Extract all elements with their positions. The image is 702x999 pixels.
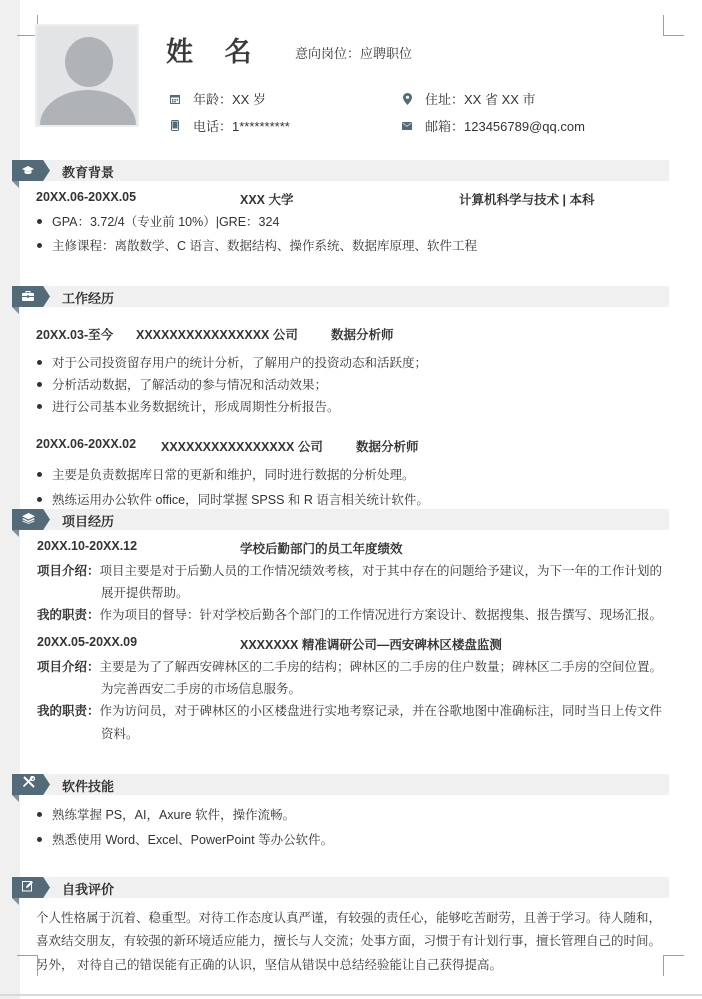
- phone-icon: [169, 120, 181, 132]
- project-period: 20XX.10-20XX.12: [37, 539, 137, 553]
- age-field: 年龄：XX 岁: [169, 89, 266, 108]
- location-icon: [401, 93, 413, 105]
- edit-icon: [22, 879, 34, 897]
- calendar-icon: [169, 93, 181, 105]
- self-evaluation-line: 喜欢结交朋友，有较强的新环境适应能力，擅长与人交流；处事方面，习惯于有计划行事，…: [36, 931, 661, 949]
- education-bullet: 主修课程：离散数学、C 语言、数据结构、操作系统、数据库原理、软件工程: [52, 236, 477, 254]
- section-tag: [12, 774, 50, 795]
- project-duty-label: 我的职责：: [37, 608, 100, 622]
- section-header-skills: 软件技能: [12, 774, 669, 795]
- project-name: XXXXXXX 精准调研公司—西安碑林区楼盘监测: [240, 635, 502, 653]
- project-duty-text: 作为项目的督导：针对学校后勤各个部门的工作情况进行方案设计、数据搜集、报告撰写、…: [100, 608, 663, 622]
- project-intro-label: 项目介绍：: [37, 564, 100, 578]
- section-fold: [12, 898, 19, 905]
- project-duty-continued: 资料。: [101, 724, 139, 742]
- education-bullet: GPA：3.72/4（专业前 10%）|GRE：324: [52, 212, 279, 230]
- job-company: XXXXXXXXXXXXXXXX 公司: [161, 437, 323, 455]
- crop-mark-bottom-left: [17, 955, 38, 976]
- skill-bullet: 熟练掌握 PS，AI，Axure 软件，操作流畅。: [52, 805, 295, 823]
- job-bullet: 熟练运用办公软件 office，同时掌握 SPSS 和 R 语言相关统计软件。: [52, 490, 429, 508]
- skill-bullet: 熟悉使用 Word、Excel、PowerPoint 等办公软件。: [52, 830, 333, 848]
- section-header-self-evaluation: 自我评价: [12, 877, 669, 898]
- section-title: 工作经历: [62, 288, 114, 307]
- section-tag: [12, 286, 50, 307]
- section-title: 教育背景: [62, 162, 114, 181]
- job-role: 数据分析师: [331, 325, 394, 343]
- project-period: 20XX.05-20XX.09: [37, 635, 137, 649]
- project-duty-label: 我的职责：: [37, 704, 100, 718]
- section-header-education: 教育背景: [12, 160, 669, 181]
- job-bullet: 分析活动数据，了解活动的参与情况和活动效果；: [52, 375, 327, 393]
- section-fold: [12, 181, 19, 188]
- education-school: XXX 大学: [240, 190, 294, 208]
- self-evaluation-line: 个人性格属于沉着、稳重型。对待工作态度认真严谨，有较强的责任心，能够吃苦耐劳，且…: [36, 908, 661, 926]
- intended-position: 意向岗位：应聘职位: [295, 43, 412, 62]
- address-field: 住址：XX 省 XX 市: [401, 89, 536, 108]
- project-intro-continued: 为完善西安二手房的市场信息服务。: [101, 679, 301, 697]
- section-tag: [12, 877, 50, 898]
- self-evaluation-line: 另外， 对待自己的错误能有正确的认识，坚信从错误中总结经验能让自己获得提高。: [36, 955, 502, 973]
- project-name: 学校后勤部门的员工年度绩效: [240, 539, 403, 557]
- page-bottom-edge: [0, 994, 702, 996]
- address-text: 住址：XX 省 XX 市: [425, 89, 536, 108]
- job-bullet: 进行公司基本业务数据统计，形成周期性分析报告。: [52, 397, 340, 415]
- job-role: 数据分析师: [356, 437, 419, 455]
- project-duty: 我的职责：作为项目的督导：针对学校后勤各个部门的工作情况进行方案设计、数据搜集、…: [37, 605, 662, 623]
- section-header-projects: 项目经历: [12, 509, 669, 530]
- project-intro-text: 项目主要是对于后勤人员的工作情况绩效考核，对于其中存在的问题给予建议，为下一年的…: [100, 564, 663, 578]
- job-bullet: 对于公司投资留存用户的统计分析，了解用户的投资动态和活跃度；: [52, 353, 427, 371]
- job-bullet: 主要是负责数据库日常的更新和维护，同时进行数据的分析处理。: [52, 465, 415, 483]
- section-header-work: 工作经历: [12, 286, 669, 307]
- briefcase-icon: [22, 288, 34, 306]
- intended-position-label: 意向岗位：: [295, 46, 360, 61]
- job-period: 20XX.03-至今: [36, 325, 113, 343]
- project-duty-text: 作为访问员，对于碑林区的小区楼盘进行实地考察记录，并在谷歌地图中准确标注，同时当…: [100, 704, 663, 718]
- project-intro: 项目介绍：主要是为了了解西安碑林区的二手房的结构；碑林区的二手房的住户数量；碑林…: [37, 657, 662, 675]
- project-intro-label: 项目介绍：: [37, 660, 100, 674]
- project-intro: 项目介绍：项目主要是对于后勤人员的工作情况绩效考核，对于其中存在的问题给予建议，…: [37, 561, 662, 579]
- section-fold: [12, 795, 19, 802]
- graduation-cap-icon: [21, 162, 35, 180]
- crop-mark-bottom-right: [663, 955, 684, 976]
- phone-field: 电话：1**********: [169, 116, 290, 135]
- intended-position-value: 应聘职位: [360, 46, 412, 61]
- project-intro-text: 主要是为了了解西安碑林区的二手房的结构；碑林区的二手房的住户数量；碑林区二手房的…: [100, 660, 663, 674]
- email-field: 邮箱：123456789@qq.com: [401, 116, 585, 135]
- layers-icon: [22, 511, 35, 529]
- avatar-head-shape: [65, 37, 113, 87]
- crop-mark-top-right: [663, 15, 684, 36]
- mail-icon: [401, 120, 413, 132]
- project-intro-continued: 展开提供帮助。: [101, 583, 189, 601]
- age-text: 年龄：XX 岁: [193, 89, 266, 108]
- section-tag: [12, 509, 50, 530]
- job-company: XXXXXXXXXXXXXXXX 公司: [136, 325, 298, 343]
- section-tag: [12, 160, 50, 181]
- email-text: 邮箱：123456789@qq.com: [425, 116, 585, 135]
- phone-text: 电话：1**********: [193, 116, 290, 135]
- section-title: 项目经历: [62, 511, 114, 530]
- education-period: 20XX.06-20XX.05: [36, 190, 136, 204]
- education-major: 计算机科学与技术 | 本科: [459, 190, 594, 208]
- tools-icon: [22, 776, 35, 794]
- section-fold: [12, 307, 19, 314]
- section-fold: [12, 530, 19, 537]
- page-margin-strip: [0, 0, 20, 999]
- avatar-body-shape: [40, 90, 136, 127]
- avatar-placeholder[interactable]: [35, 24, 139, 127]
- project-duty: 我的职责：作为访问员，对于碑林区的小区楼盘进行实地考察记录，并在谷歌地图中准确标…: [37, 701, 662, 719]
- section-title: 软件技能: [62, 776, 114, 795]
- candidate-name: 姓 名: [166, 30, 264, 69]
- section-title: 自我评价: [62, 879, 114, 898]
- job-period: 20XX.06-20XX.02: [36, 437, 136, 451]
